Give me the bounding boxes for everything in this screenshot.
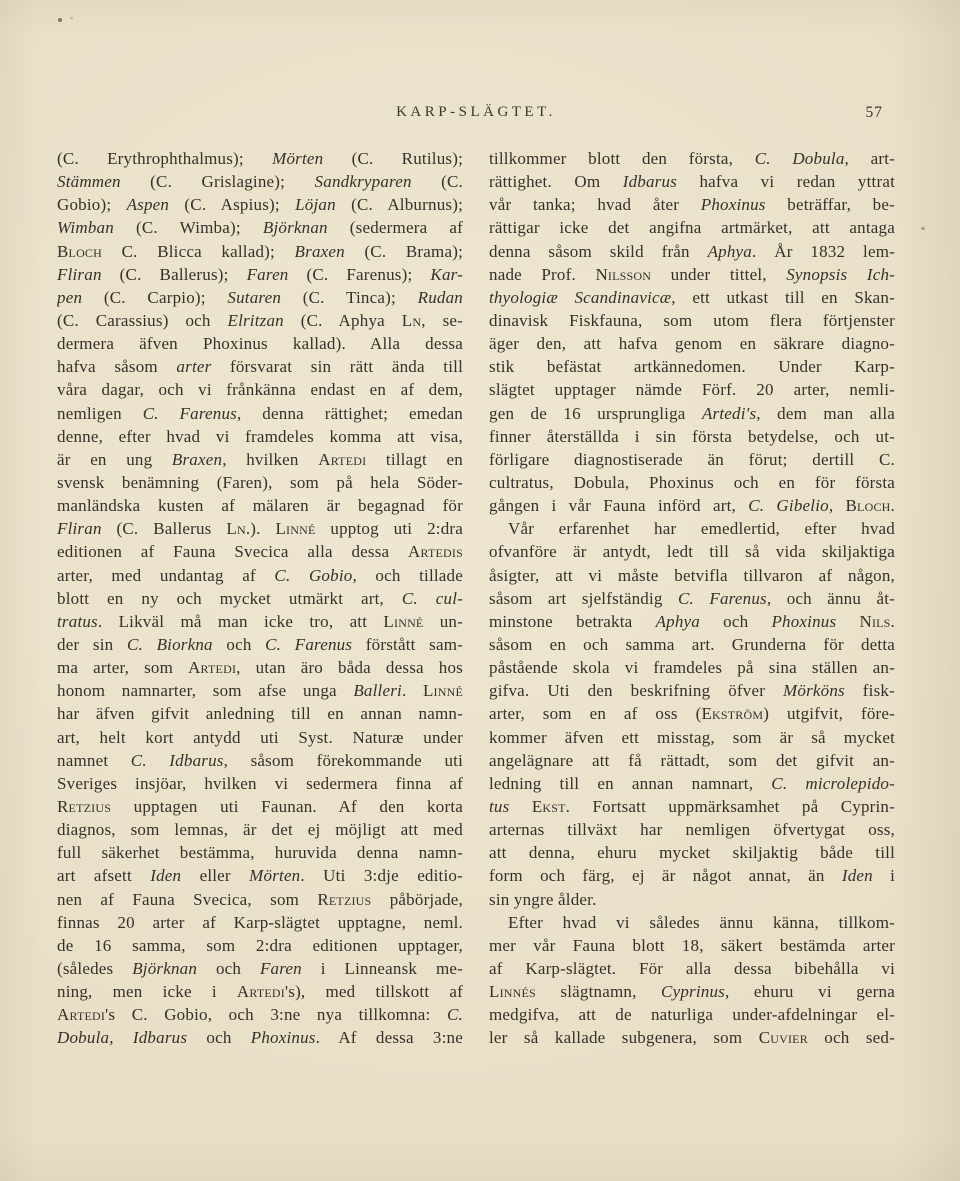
smallcaps-name: Ln: [226, 519, 245, 538]
italic-text: Iden: [150, 866, 181, 885]
body-text: finnas 20 arter af Karp-slägtet upptagne…: [57, 913, 463, 932]
italic-text: Björknan: [132, 959, 197, 978]
italic-text: C. Farenus: [265, 635, 352, 654]
body-text: , såsom förekommande uti: [224, 751, 463, 770]
body-text: form och färg, ej är något annat, än: [489, 866, 842, 885]
text-line: äger den, att hafva genom en säkrare dia…: [489, 332, 895, 355]
italic-text: Björknan: [263, 218, 328, 237]
italic-text: Braxen: [172, 450, 222, 469]
body-text: rättighet. Om: [489, 172, 623, 191]
body-text: (C.: [412, 172, 463, 191]
body-text: dinavisk Fiskfauna, som utom flera förtj…: [489, 311, 895, 330]
body-text: ofvanföre är antydt, ledt till så vida s…: [489, 542, 895, 561]
italic-text: Mörten: [249, 866, 300, 885]
body-text: påstående skola vi framdeles på sina stä…: [489, 658, 895, 677]
body-text: tillagt en: [366, 450, 463, 469]
body-text: [509, 797, 531, 816]
smallcaps-name: Bloch: [846, 496, 891, 515]
text-line: diagnos, som lemnas, är det ej möjligt a…: [57, 818, 463, 841]
body-text: (C. Wimba);: [114, 218, 263, 237]
text-line: nade Prof. Nilsson under tittel, Synopsi…: [489, 263, 895, 286]
body-text: (C. Erythrophthalmus);: [57, 149, 272, 168]
smallcaps-name: Cuvier: [759, 1028, 808, 1047]
text-line: nen af Fauna Svecica, som Retzius påbörj…: [57, 888, 463, 911]
body-text: namnet: [57, 751, 131, 770]
text-line: gen de 16 ursprungliga Artedi's, dem man…: [489, 402, 895, 425]
text-line: förligare diagnostiserade än förut; dert…: [489, 448, 895, 471]
text-line: full säkerhet bestämma, huruvida denna n…: [57, 841, 463, 864]
body-text: arter, med undantag af: [57, 566, 274, 585]
text-line: minstone betrakta Aphya och Phoxinus Nil…: [489, 610, 895, 633]
text-columns: (C. Erythrophthalmus); Mörten (C. Rutilu…: [57, 147, 895, 1049]
body-text: denne, efter hvad vi framdeles komma att…: [57, 427, 463, 446]
italic-text: Wimban: [57, 218, 114, 237]
body-text: cultratus, Dobula, Phoxinus och en för f…: [489, 473, 895, 492]
body-text: , dem man alla: [756, 404, 895, 423]
text-line: de 16 samma, som 2:dra editionen upptage…: [57, 934, 463, 957]
italic-text: arter: [176, 357, 211, 376]
body-text: förligare diagnostiserade än förut; dert…: [489, 450, 895, 469]
text-line: (således Björknan och Faren i Linneansk …: [57, 957, 463, 980]
paper-speck: [70, 17, 73, 19]
italic-text: Kar-: [430, 265, 463, 284]
italic-text: Fliran: [57, 519, 102, 538]
italic-text: Sutaren: [227, 288, 281, 307]
text-line: namnet C. Idbarus, såsom förekommande ut…: [57, 749, 463, 772]
text-line: pen (C. Carpio); Sutaren (C. Tinca); Rud…: [57, 286, 463, 309]
italic-text: C. Dobula: [755, 149, 845, 168]
text-line: Wimban (C. Wimba); Björknan (sedermera a…: [57, 216, 463, 239]
text-line: kommer äfven ett misstag, som är så myck…: [489, 726, 895, 749]
body-text: Sveriges insjöar, hvilken vi sedermera f…: [57, 774, 463, 793]
smallcaps-name: Artedi: [57, 1005, 105, 1024]
italic-text: Phoxinus: [771, 612, 836, 631]
text-line: att denna, ehuru mycket skiljaktig både …: [489, 841, 895, 864]
italic-text: Sandkryparen: [315, 172, 412, 191]
smallcaps-name: Artedi: [237, 982, 285, 1001]
body-text: (C. Ballerus: [102, 519, 227, 538]
italic-text: pen: [57, 288, 82, 307]
text-line: Dobula, Idbarus och Phoxinus. Af dessa 3…: [57, 1026, 463, 1049]
body-text: (C. Ballerus);: [102, 265, 247, 284]
smallcaps-name: Retzius: [317, 890, 371, 909]
body-text: ,: [829, 496, 846, 515]
italic-text: Artedi's: [702, 404, 756, 423]
body-text: , denna rättighet; emedan: [237, 404, 463, 423]
text-line: rättigar icke det angifna artmärket, att…: [489, 216, 895, 239]
body-text: (C. Alburnus);: [336, 195, 463, 214]
text-line: sin yngre ålder.: [489, 888, 895, 911]
italic-text: Mörten: [272, 149, 323, 168]
text-line: arternas tillväxt har nemligen öfvertyga…: [489, 818, 895, 841]
text-line: (C. Carassius) och Elritzan (C. Aphya Ln…: [57, 309, 463, 332]
italic-text: Iden: [842, 866, 873, 885]
text-line: af Karp-slägtet. För alla dessa bibehåll…: [489, 957, 895, 980]
body-text: förstått sam-: [352, 635, 463, 654]
body-text: minstone betrakta: [489, 612, 656, 631]
text-line: form och färg, ej är något annat, än Ide…: [489, 864, 895, 887]
italic-text: Balleri: [353, 681, 402, 700]
italic-text: Rudan: [418, 288, 463, 307]
text-line: Artedi's C. Gobio, och 3:ne nya tillkomn…: [57, 1003, 463, 1026]
smallcaps-name: Ekström: [701, 704, 763, 723]
body-text: ledning till en annan namnart,: [489, 774, 771, 793]
text-line: ma arter, som Artedi, utan äro båda dess…: [57, 656, 463, 679]
body-text: . Likväl må man icke tro, att: [98, 612, 384, 631]
text-line: thyologiæ Scandinavicæ, ett utkast till …: [489, 286, 895, 309]
text-line: mer vår Fauna blott 18, säkert bestämda …: [489, 934, 895, 957]
text-line: arter, som en af oss (Ekström) utgifvit,…: [489, 702, 895, 725]
smallcaps-name: Linné: [275, 519, 315, 538]
body-text: diagnos, som lemnas, är det ej möjligt a…: [57, 820, 463, 839]
smallcaps-name: Linné: [383, 612, 423, 631]
italic-text: Aspen: [127, 195, 170, 214]
body-text: honom namnarter, som afse unga: [57, 681, 353, 700]
text-line: påstående skola vi framdeles på sina stä…: [489, 656, 895, 679]
body-text: våra dagar, och vi frånkänna endast en a…: [57, 380, 463, 399]
body-text: (C. Grislagine);: [121, 172, 315, 191]
body-text: (C. Carpio);: [82, 288, 227, 307]
body-text: (C. Tinca);: [281, 288, 418, 307]
smallcaps-name: Artedi: [188, 658, 236, 677]
text-line: ning, men icke i Artedi's), med tillskot…: [57, 980, 463, 1003]
italic-text: C. microlepido-: [771, 774, 895, 793]
text-line: dermera äfven Phoxinus kallad). Alla des…: [57, 332, 463, 355]
italic-text: Löjan: [295, 195, 336, 214]
smallcaps-name: Ekst.: [532, 797, 570, 816]
text-line: finnas 20 arter af Karp-slägtet upptagne…: [57, 911, 463, 934]
body-text: art afsett: [57, 866, 150, 885]
body-text: (sedermera af: [328, 218, 463, 237]
page-content: KARP-SLÄGTET. 57 (C. Erythrophthalmus); …: [57, 104, 895, 1049]
italic-text: Phoxinus: [701, 195, 766, 214]
running-head: KARP-SLÄGTET.: [57, 104, 895, 121]
body-text: , utan äro båda dessa hos: [236, 658, 463, 677]
body-text: och: [187, 1028, 251, 1047]
text-line: Bloch C. Blicca kallad); Braxen (C. Bram…: [57, 240, 463, 263]
text-line: der sin C. Biorkna och C. Farenus förstå…: [57, 633, 463, 656]
body-text: försvarat sin rätt ända till: [211, 357, 463, 376]
text-line: nemligen C. Farenus, denna rättighet; em…: [57, 402, 463, 425]
body-text: stik befästat artkännedomen. Under Karp-: [489, 357, 895, 376]
smallcaps-name: Ln: [402, 311, 421, 330]
body-text: , art-: [845, 149, 895, 168]
body-text: gången i vår Fauna införd art,: [489, 496, 748, 515]
body-text: hafva såsom: [57, 357, 176, 376]
page-header: KARP-SLÄGTET. 57: [57, 104, 895, 130]
body-text: , hvilken: [222, 450, 318, 469]
body-text: (C. Aphya: [284, 311, 402, 330]
body-text: tillkommer blott den första,: [489, 149, 755, 168]
italic-text: tus: [489, 797, 509, 816]
text-line: medgifva, att de naturliga under-afdelni…: [489, 1003, 895, 1026]
body-text: (C. Farenus);: [289, 265, 431, 284]
text-line: Fliran (C. Ballerus); Faren (C. Farenus)…: [57, 263, 463, 286]
body-text: ma arter, som: [57, 658, 188, 677]
body-text: de 16 samma, som 2:dra editionen upptage…: [57, 936, 463, 955]
italic-text: Fliran: [57, 265, 102, 284]
italic-text: C. Gobio: [274, 566, 352, 585]
italic-text: Faren: [247, 265, 289, 284]
text-line: har äfven gifvit anledning till en annan…: [57, 702, 463, 725]
text-line: ofvanföre är antydt, ledt till så vida s…: [489, 540, 895, 563]
text-line: finner återställda i sin första betydels…: [489, 425, 895, 448]
body-text: slägtnamn,: [536, 982, 661, 1001]
body-text: medgifva, att de naturliga under-afdelni…: [489, 1005, 895, 1024]
text-line: honom namnarter, som afse unga Balleri. …: [57, 679, 463, 702]
body-text: såsom art sjelfständig: [489, 589, 678, 608]
text-line: arter, med undantag af C. Gobio, och til…: [57, 564, 463, 587]
body-text: , ett utkast till en Skan-: [671, 288, 895, 307]
smallcaps-name: Linné: [423, 681, 463, 700]
text-line: Linnés slägtnamn, Cyprinus, ehuru vi ger…: [489, 980, 895, 1003]
text-line: Sveriges insjöar, hvilken vi sedermera f…: [57, 772, 463, 795]
body-text: Vår erfarenhet har emedlertid, efter hva…: [508, 519, 895, 538]
text-line: slägtet upptager nämde Förf. 20 arter, n…: [489, 378, 895, 401]
body-text: upptog uti 2:dra: [316, 519, 463, 538]
italic-text: Stämmen: [57, 172, 121, 191]
body-text: fisk-: [845, 681, 895, 700]
body-text: nemligen: [57, 404, 143, 423]
italic-text: Cyprinus: [661, 982, 725, 1001]
text-line: rättighet. Om Idbarus hafva vi redan ytt…: [489, 170, 895, 193]
italic-text: C. Farenus: [143, 404, 237, 423]
body-text: af Karp-slägtet. För alla dessa bibehåll…: [489, 959, 895, 978]
italic-text: Synopsis Ich-: [786, 265, 895, 284]
text-line: editionen af Fauna Svecica alla dessa Ar…: [57, 540, 463, 563]
text-line: stik befästat artkännedomen. Under Karp-: [489, 355, 895, 378]
text-line: vår tanka; hvad åter Phoxinus beträffar,…: [489, 193, 895, 216]
body-text: kommer äfven ett misstag, som är så myck…: [489, 728, 895, 747]
body-text: och sed-: [808, 1028, 895, 1047]
body-text: .: [402, 681, 423, 700]
body-text: upptagen uti Faunan. Af den korta: [111, 797, 463, 816]
italic-text: C. cul-: [402, 589, 463, 608]
body-text: 's), med tillskott af: [285, 982, 463, 1001]
body-text: . År 1832 lem-: [752, 242, 895, 261]
body-text: (C. Carassius) och: [57, 311, 227, 330]
text-line: dinavisk Fiskfauna, som utom flera förtj…: [489, 309, 895, 332]
text-line: är en ung Braxen, hvilken Artedi tillagt…: [57, 448, 463, 471]
body-text: 's C. Gobio, och 3:ne nya tillkomna:: [105, 1005, 447, 1024]
column-left: (C. Erythrophthalmus); Mörten (C. Rutilu…: [57, 147, 463, 1049]
body-text: , ehuru vi gerna: [725, 982, 895, 1001]
body-text: gen de 16 ursprungliga: [489, 404, 702, 423]
text-line: Efter hvad vi således ännu känna, tillko…: [489, 911, 895, 934]
body-text: nade Prof.: [489, 265, 595, 284]
italic-text: Mörköns: [783, 681, 845, 700]
italic-text: Idbarus: [623, 172, 677, 191]
text-line: såsom art sjelfständig C. Farenus, och ä…: [489, 587, 895, 610]
body-text: manländska kusten af mälaren är begagnad…: [57, 496, 463, 515]
body-text: att denna, ehuru mycket skiljaktig både …: [489, 843, 895, 862]
body-text: .).: [246, 519, 276, 538]
paper-speck: [58, 18, 62, 22]
body-text: full säkerhet bestämma, huruvida denna n…: [57, 843, 463, 862]
italic-text: C.: [447, 1005, 463, 1024]
body-text: C. Blicca kallad);: [102, 242, 295, 261]
body-text: art, helt kort antydd uti Syst. Naturæ u…: [57, 728, 463, 747]
text-line: tillkommer blott den första, C. Dobula, …: [489, 147, 895, 170]
text-line: Fliran (C. Ballerus Ln.). Linné upptog u…: [57, 517, 463, 540]
body-text: Efter hvad vi således ännu känna, tillko…: [508, 913, 895, 932]
body-text: slägtet upptager nämde Förf. 20 arter, n…: [489, 380, 895, 399]
body-text: . Uti 3:dje editio-: [300, 866, 463, 885]
body-text: dermera äfven Phoxinus kallad). Alla des…: [57, 334, 463, 353]
italic-text: C. Farenus: [678, 589, 767, 608]
smallcaps-name: Artedi: [318, 450, 366, 469]
body-text: denna såsom skild från: [489, 242, 708, 261]
text-line: blott en ny och mycket utmärkt art, C. c…: [57, 587, 463, 610]
body-text: ning, men icke i: [57, 982, 237, 1001]
italic-text: Braxen: [295, 242, 345, 261]
body-text: påbörjade,: [371, 890, 463, 909]
text-line: såsom en och samma art. Grunderna för de…: [489, 633, 895, 656]
italic-text: Aphya: [708, 242, 752, 261]
body-text: , och tillade: [352, 566, 463, 585]
body-text: (C. Aspius);: [169, 195, 295, 214]
text-line: Vår erfarenhet har emedlertid, efter hva…: [489, 517, 895, 540]
text-line: tus Ekst. Fortsatt uppmärksamhet på Cypr…: [489, 795, 895, 818]
text-line: art afsett Iden eller Mörten. Uti 3:dje …: [57, 864, 463, 887]
text-line: (C. Erythrophthalmus); Mörten (C. Rutilu…: [57, 147, 463, 170]
smallcaps-name: Bloch: [57, 242, 102, 261]
text-line: angelägnare att få rättadt, som det gifv…: [489, 749, 895, 772]
body-text: arternas tillväxt har nemligen öfvertyga…: [489, 820, 895, 839]
body-text: sin yngre ålder.: [489, 890, 597, 909]
italic-text: C. Idbarus: [131, 751, 224, 770]
italic-text: Elritzan: [227, 311, 283, 330]
text-line: manländska kusten af mälaren är begagnad…: [57, 494, 463, 517]
body-text: editionen af Fauna Svecica alla dessa: [57, 542, 408, 561]
body-text: åsigter, att vi måste betvifla tillvaron…: [489, 566, 895, 585]
body-text: är en ung: [57, 450, 172, 469]
italic-text: C. Biorkna: [127, 635, 213, 654]
body-text: (således: [57, 959, 132, 978]
body-text: (C. Brama);: [345, 242, 463, 261]
body-text: .: [891, 496, 895, 515]
book-page: KARP-SLÄGTET. 57 (C. Erythrophthalmus); …: [0, 0, 960, 1181]
text-line: ler så kallade subgenera, som Cuvier och…: [489, 1026, 895, 1049]
text-line: Retzius upptagen uti Faunan. Af den kort…: [57, 795, 463, 818]
body-text: [836, 612, 859, 631]
smallcaps-name: Retzius: [57, 797, 111, 816]
text-line: ledning till en annan namnart, C. microl…: [489, 772, 895, 795]
body-text: der sin: [57, 635, 127, 654]
text-line: art, helt kort antydd uti Syst. Naturæ u…: [57, 726, 463, 749]
text-line: våra dagar, och vi frånkänna endast en a…: [57, 378, 463, 401]
body-text: ler så kallade subgenera, som: [489, 1028, 759, 1047]
text-line: Stämmen (C. Grislagine); Sandkryparen (C…: [57, 170, 463, 193]
body-text: och: [700, 612, 771, 631]
page-number: 57: [866, 104, 884, 122]
italic-text: Faren: [260, 959, 302, 978]
body-text: och: [213, 635, 265, 654]
body-text: Fortsatt uppmärksamhet på Cyprin-: [570, 797, 895, 816]
body-text: mer vår Fauna blott 18, säkert bestämda …: [489, 936, 895, 955]
paper-speck: [921, 227, 925, 230]
body-text: . Af dessa 3:ne: [316, 1028, 463, 1047]
text-line: hafva såsom arter försvarat sin rätt änd…: [57, 355, 463, 378]
body-text: un-: [423, 612, 463, 631]
text-line: gången i vår Fauna införd art, C. Gibeli…: [489, 494, 895, 517]
body-text: nen af Fauna Svecica, som: [57, 890, 317, 909]
italic-text: tratus: [57, 612, 98, 631]
body-text: Gobio);: [57, 195, 127, 214]
text-line: tratus. Likväl må man icke tro, att Linn…: [57, 610, 463, 633]
smallcaps-name: Nilsson: [595, 265, 651, 284]
body-text: arter, som en af oss (: [489, 704, 701, 723]
body-text: rättigar icke det angifna artmärket, att…: [489, 218, 895, 237]
body-text: ) utgifvit, före-: [763, 704, 895, 723]
text-line: åsigter, att vi måste betvifla tillvaron…: [489, 564, 895, 587]
text-line: denna såsom skild från Aphya. År 1832 le…: [489, 240, 895, 263]
italic-text: thyologiæ Scandinavicæ: [489, 288, 671, 307]
smallcaps-name: Artedis: [408, 542, 463, 561]
italic-text: Aphya: [656, 612, 700, 631]
body-text: , se-: [421, 311, 463, 330]
body-text: gifva. Uti den beskrifning öfver: [489, 681, 783, 700]
body-text: vår tanka; hvad åter: [489, 195, 701, 214]
body-text: finner återställda i sin första betydels…: [489, 427, 895, 446]
body-text: eller: [181, 866, 249, 885]
italic-text: Phoxinus: [251, 1028, 316, 1047]
italic-text: Dobula, Idbarus: [57, 1028, 187, 1047]
body-text: svensk benämning (Faren), som på hela Sö…: [57, 473, 463, 492]
body-text: såsom en och samma art. Grunderna för de…: [489, 635, 895, 654]
text-line: denne, efter hvad vi framdeles komma att…: [57, 425, 463, 448]
body-text: angelägnare att få rättadt, som det gifv…: [489, 751, 895, 770]
text-line: svensk benämning (Faren), som på hela Sö…: [57, 471, 463, 494]
body-text: blott en ny och mycket utmärkt art,: [57, 589, 402, 608]
text-line: gifva. Uti den beskrifning öfver Mörköns…: [489, 679, 895, 702]
column-right: tillkommer blott den första, C. Dobula, …: [489, 147, 895, 1049]
body-text: har äfven gifvit anledning till en annan…: [57, 704, 463, 723]
text-line: Gobio); Aspen (C. Aspius); Löjan (C. Alb…: [57, 193, 463, 216]
body-text: beträffar, be-: [766, 195, 895, 214]
body-text: äger den, att hafva genom en säkrare dia…: [489, 334, 895, 353]
italic-text: C. Gibelio: [748, 496, 829, 515]
body-text: (C. Rutilus);: [323, 149, 463, 168]
smallcaps-name: Linnés: [489, 982, 536, 1001]
body-text: i Linneansk me-: [302, 959, 463, 978]
smallcaps-name: Nils.: [859, 612, 895, 631]
body-text: och: [197, 959, 260, 978]
text-line: cultratus, Dobula, Phoxinus och en för f…: [489, 471, 895, 494]
body-text: i: [873, 866, 895, 885]
body-text: , och ännu åt-: [767, 589, 895, 608]
body-text: under tittel,: [651, 265, 786, 284]
body-text: hafva vi redan yttrat: [677, 172, 895, 191]
